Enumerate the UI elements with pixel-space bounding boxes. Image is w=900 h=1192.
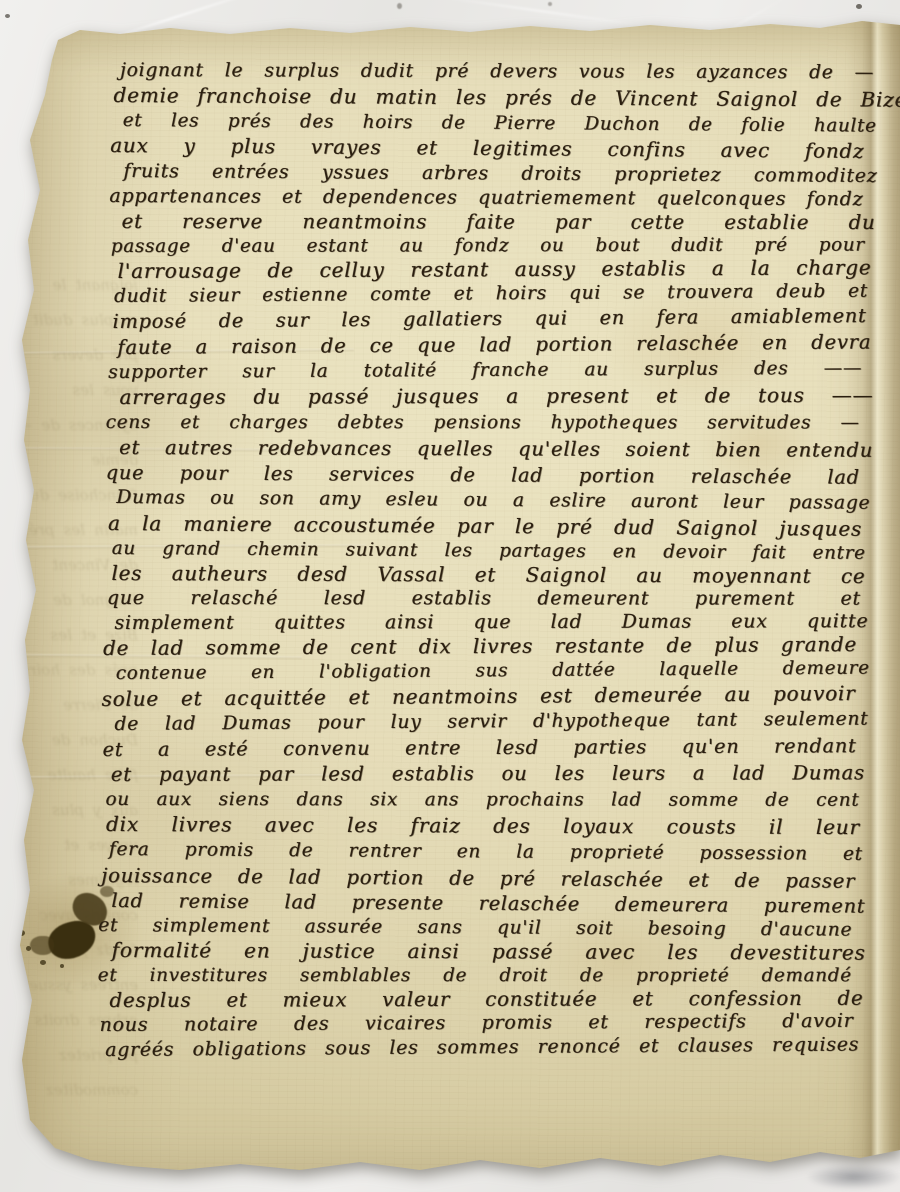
manuscript-line: joignant le surplus dudit pré devers vou… (120, 58, 874, 86)
ink-stain-blob (30, 936, 54, 955)
ink-splatter-dot (18, 930, 25, 936)
ink-splatter-dot (40, 960, 46, 965)
manuscript-page: joignant le surplus dudit pré devers vou… (0, 0, 900, 1192)
manuscript-line: appartenances et dependences quatriememe… (109, 184, 863, 212)
manuscript-line: arrerages du passé jusques a present et … (119, 383, 873, 410)
manuscript-line: faute a raison de ce que lad portion rel… (117, 329, 871, 360)
ink-splatter-dot (60, 964, 64, 968)
manuscript-line: cens et charges debtes pensions hypotheq… (106, 410, 860, 436)
manuscript-line: et a esté convenu entre lesd parties qu'… (103, 733, 857, 762)
manuscript-line: que relasché lesd establis demeurent pur… (107, 586, 861, 612)
manuscript-line: et autres redebvances quelles qu'elles s… (119, 435, 873, 463)
manuscript-line: formalité en justice ainsi passé avec le… (112, 938, 866, 966)
manuscript-line: et investitures semblables de droit de p… (98, 963, 852, 988)
manuscript-line: supporter sur la totalité franche au sur… (108, 355, 862, 384)
paper-sheet: joignant le surplus dudit pré devers vou… (0, 0, 900, 1192)
manuscript-line: et payant par lesd establis ou les leurs… (111, 760, 865, 787)
text-block: joignant le surplus dudit pré devers vou… (118, 58, 872, 1064)
manuscript-line: les autheurs desd Vassal et Saignol au m… (111, 561, 865, 589)
manuscript-line: ou aux siens dans six ans prochains lad … (105, 787, 859, 813)
manuscript-line: agréés obligations sous les sommes renon… (105, 1033, 859, 1064)
scan-photo: joignant le surplus dudit pré devers vou… (0, 0, 900, 1192)
manuscript-line: fera promis de rentrer en la proprieté p… (109, 837, 863, 867)
manuscript-line: dix livres avec les fraiz des loyaux cou… (106, 812, 860, 840)
manuscript-line: de lad Dumas pour luy servir d'hypothequ… (114, 706, 868, 737)
ink-splatter-dot (16, 952, 20, 956)
ink-splatter-dot (26, 946, 31, 951)
manuscript-line: et reserve neantmoins faite par cette es… (122, 209, 876, 235)
